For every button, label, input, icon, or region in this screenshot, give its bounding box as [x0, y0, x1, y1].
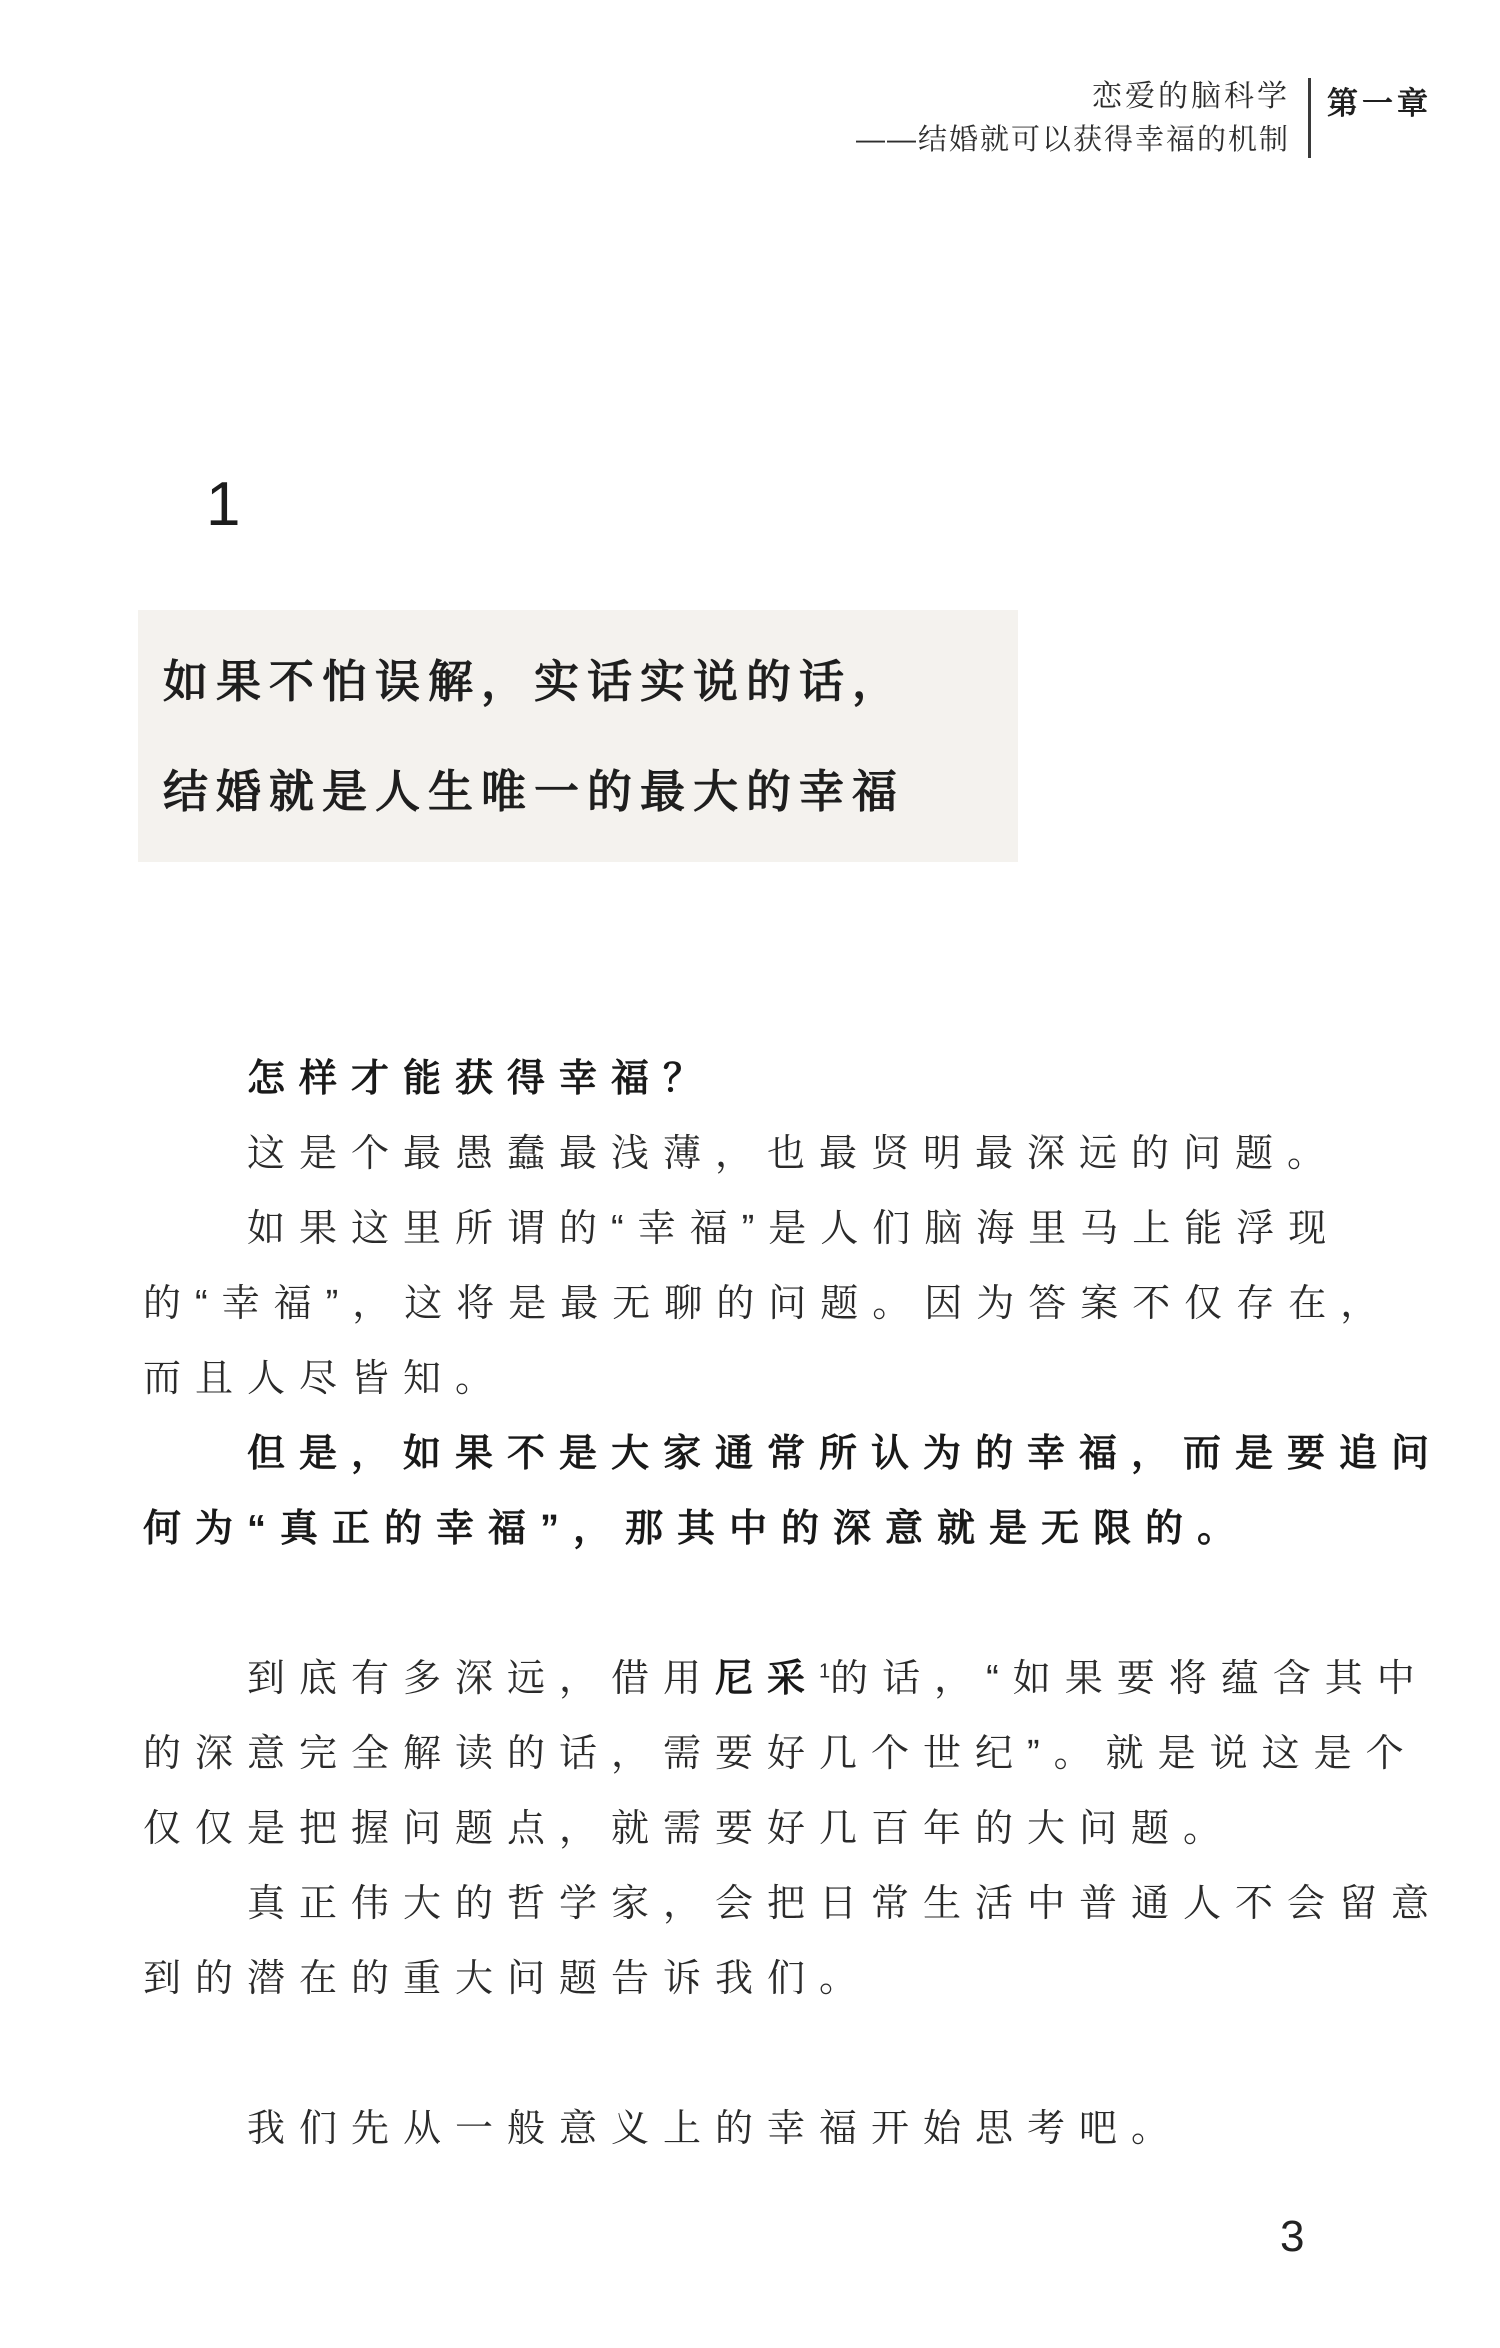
body-line: 的“幸福”，这将是最无聊的问题。因为答案不仅存在，: [143, 1267, 1373, 1342]
body-line: 如果这里所谓的“幸福”是人们脑海里马上能浮现: [143, 1192, 1373, 1267]
section-title-line-2: 结婚就是人生唯一的最大的幸福: [163, 755, 905, 820]
body-line-segment: 到底有多深远，借用: [247, 1658, 715, 1700]
book-page: 恋爱的脑科学 ——结婚就可以获得幸福的机制 第一章 1 如果不怕误解，实话实说的…: [0, 0, 1500, 2348]
body-text: 怎样才能获得幸福？ 这是个最愚蠢最浅薄，也最贤明最深远的问题。 如果这里所谓的“…: [143, 1042, 1373, 2167]
body-line: 我们先从一般意义上的幸福开始思考吧。: [143, 2092, 1373, 2167]
chapter-subtitle: ——结婚就可以获得幸福的机制: [856, 118, 1290, 162]
body-line: 但是，如果不是大家通常所认为的幸福，而是要追问: [143, 1417, 1373, 1492]
running-header: 恋爱的脑科学 ——结婚就可以获得幸福的机制 第一章: [856, 76, 1432, 162]
page-number: 3: [1280, 2212, 1304, 2262]
body-line: 这是个最愚蠢最浅薄，也最贤明最深远的问题。: [143, 1117, 1373, 1192]
body-line: 怎样才能获得幸福？: [143, 1042, 1373, 1117]
footnote-marker: 1: [819, 1660, 830, 1682]
body-line: 到底有多深远，借用尼采1的话，“如果要将蕴含其中: [143, 1642, 1373, 1717]
nietzsche-emphasis: 尼采: [715, 1658, 819, 1700]
section-title-line-1: 如果不怕误解，实话实说的话，: [163, 645, 905, 710]
section-number: 1: [206, 474, 240, 536]
chapter-label: 第一章: [1327, 76, 1432, 162]
body-line: 何为“真正的幸福”，那其中的深意就是无限的。: [143, 1492, 1373, 1567]
body-line: 而且人尽皆知。: [143, 1342, 1373, 1417]
body-line: 到的潜在的重大问题告诉我们。: [143, 1942, 1373, 2017]
running-header-titles: 恋爱的脑科学 ——结婚就可以获得幸福的机制: [856, 76, 1290, 162]
body-line: 真正伟大的哲学家，会把日常生活中普通人不会留意: [143, 1867, 1373, 1942]
body-line: 仅仅是把握问题点，就需要好几百年的大问题。: [143, 1792, 1373, 1867]
body-line: 的深意完全解读的话，需要好几个世纪”。就是说这是个: [143, 1717, 1373, 1792]
body-line-segment: 的话，“如果要将蕴含其中: [830, 1658, 1429, 1700]
header-divider: [1308, 78, 1311, 158]
book-title: 恋爱的脑科学: [856, 76, 1290, 118]
